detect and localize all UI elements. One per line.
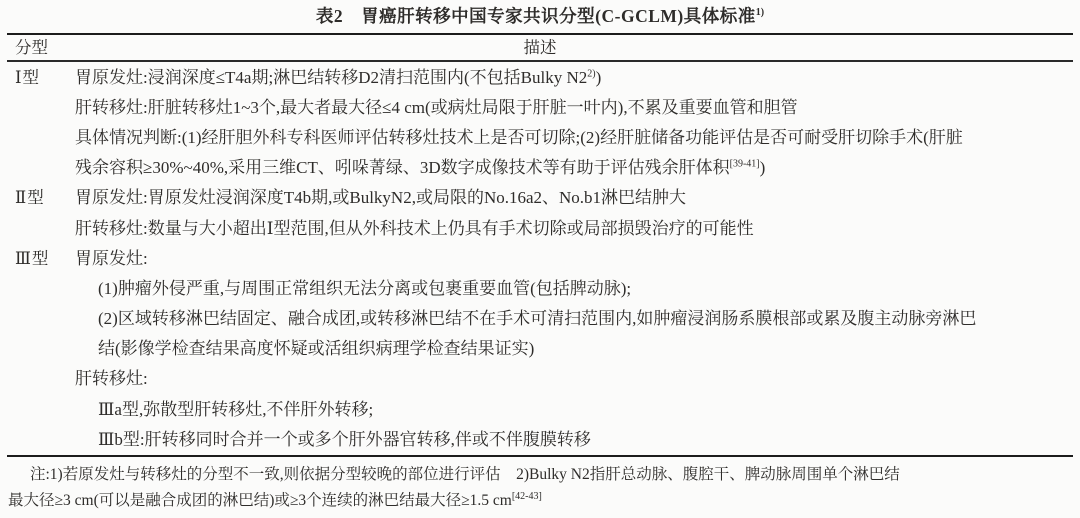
type2-label: Ⅱ型 — [0, 183, 75, 243]
type3-line-3b: Ⅲb型:肝转移同时合并一个或多个肝外器官转移,伴或不伴腹膜转移 — [75, 425, 1080, 455]
table-title-text: 表2 胃癌肝转移中国专家共识分型(C-GCLM)具体标准 — [316, 6, 756, 26]
table-footnote: 注:1)若原发灶与转移灶的分型不一致,则依据分型较晚的部位进行评估 2)Bulk… — [0, 457, 1080, 514]
type2-line-gastric: 胃原发灶:胃原发灶浸润深度T4b期,或BulkyN2,或局限的No.16a2、N… — [75, 183, 1080, 213]
citation-superscript: 2) — [587, 68, 595, 79]
type3-line-gastric-head: 胃原发灶: — [75, 244, 1080, 274]
document-page: 表2 胃癌肝转移中国专家共识分型(C-GCLM)具体标准1) 分型 描述 Ⅰ型 … — [0, 0, 1080, 518]
citation-superscript: [39-41] — [730, 158, 760, 169]
header-desc-column: 描述 — [0, 35, 1080, 60]
table-title: 表2 胃癌肝转移中国专家共识分型(C-GCLM)具体标准1) — [0, 0, 1080, 33]
table-header-row: 分型 描述 — [0, 35, 1080, 60]
type3-line-3a: Ⅲa型,弥散型肝转移灶,不伴肝外转移; — [75, 395, 1080, 425]
type1-line-gastric: 胃原发灶:浸润深度≤T4a期;淋巴结转移D2清扫范围内(不包括Bulky N22… — [75, 63, 1080, 93]
table-row-type1: Ⅰ型 胃原发灶:浸润深度≤T4a期;淋巴结转移D2清扫范围内(不包括Bulky … — [0, 63, 1080, 184]
type3-line-item2-cont: 结(影像学检查结果高度怀疑或活组织病理学检查结果证实) — [75, 334, 1080, 364]
type3-line-liver-head: 肝转移灶: — [75, 364, 1080, 394]
table-row-type2: Ⅱ型 胃原发灶:胃原发灶浸润深度T4b期,或BulkyN2,或局限的No.16a… — [0, 183, 1080, 243]
type1-description: 胃原发灶:浸润深度≤T4a期;淋巴结转移D2清扫范围内(不包括Bulky N22… — [75, 63, 1080, 184]
citation-superscript: [42-43] — [512, 491, 542, 502]
type1-line-judgement: 具体情况判断:(1)经肝胆外科专科医师评估转移灶技术上是否可切除;(2)经肝脏储… — [75, 123, 1080, 153]
type2-description: 胃原发灶:胃原发灶浸润深度T4b期,或BulkyN2,或局限的No.16a2、N… — [75, 183, 1080, 243]
table-title-superscript: 1) — [756, 7, 764, 18]
table-row-type3: Ⅲ型 胃原发灶: (1)肿瘤外侵严重,与周围正常组织无法分离或包裹重要血管(包括… — [0, 244, 1080, 455]
type3-label: Ⅲ型 — [0, 244, 75, 455]
type1-line-judgement-cont: 残余容积≥30%~40%,采用三维CT、吲哚菁绿、3D数字成像技术等有助于评估残… — [75, 153, 1080, 183]
type3-description: 胃原发灶: (1)肿瘤外侵严重,与周围正常组织无法分离或包裹重要血管(包括脾动脉… — [75, 244, 1080, 455]
table-body: Ⅰ型 胃原发灶:浸润深度≤T4a期;淋巴结转移D2清扫范围内(不包括Bulky … — [0, 62, 1080, 455]
type3-line-item1: (1)肿瘤外侵严重,与周围正常组织无法分离或包裹重要血管(包括脾动脉); — [75, 274, 1080, 304]
type1-line-liver: 肝转移灶:肝脏转移灶1~3个,最大者最大径≤4 cm(或病灶局限于肝脏一叶内),… — [75, 93, 1080, 123]
type2-line-liver: 肝转移灶:数量与大小超出Ⅰ型范围,但从外科技术上仍具有手术切除或局部损毁治疗的可… — [75, 214, 1080, 244]
footnote-line-2: 最大径≥3 cm(可以是融合成团的淋巴结)或≥3个连续的淋巴结最大径≥1.5 c… — [8, 488, 1072, 514]
type1-label: Ⅰ型 — [0, 63, 75, 184]
footnote-line-1: 注:1)若原发灶与转移灶的分型不一致,则依据分型较晚的部位进行评估 2)Bulk… — [8, 462, 1072, 488]
type3-line-item2: (2)区域转移淋巴结固定、融合成团,或转移淋巴结不在手术可清扫范围内,如肿瘤浸润… — [75, 304, 1080, 334]
